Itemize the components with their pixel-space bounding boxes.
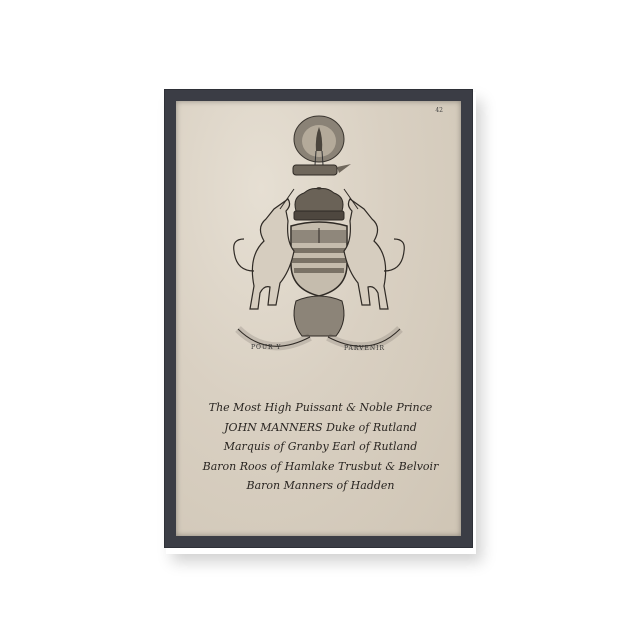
peacock-crest-icon (294, 116, 344, 165)
motto-right: PARVENIR (344, 345, 385, 352)
inscription-line: Marquis of Granby Earl of Rutland (186, 437, 455, 457)
inscription-line: Baron Roos of Hamlake Trusbut & Belvoir (186, 457, 455, 477)
motto-left: POUR Y (251, 344, 281, 351)
engraving-paper: 42 (176, 101, 461, 536)
inscription-line: Baron Manners of Hadden (186, 476, 455, 496)
unicorn-supporter-left-icon (234, 189, 294, 309)
shield-icon (291, 222, 347, 296)
dedication-inscription: The Most High Puissant & Noble Prince JO… (186, 398, 455, 496)
unicorn-supporter-right-icon (344, 189, 404, 309)
inscription-line: JOHN MANNERS Duke of Rutland (186, 418, 455, 438)
picture-frame: 42 (164, 89, 473, 548)
ducal-coronet-icon (294, 187, 344, 220)
inscription-line: The Most High Puissant & Noble Prince (186, 398, 455, 418)
